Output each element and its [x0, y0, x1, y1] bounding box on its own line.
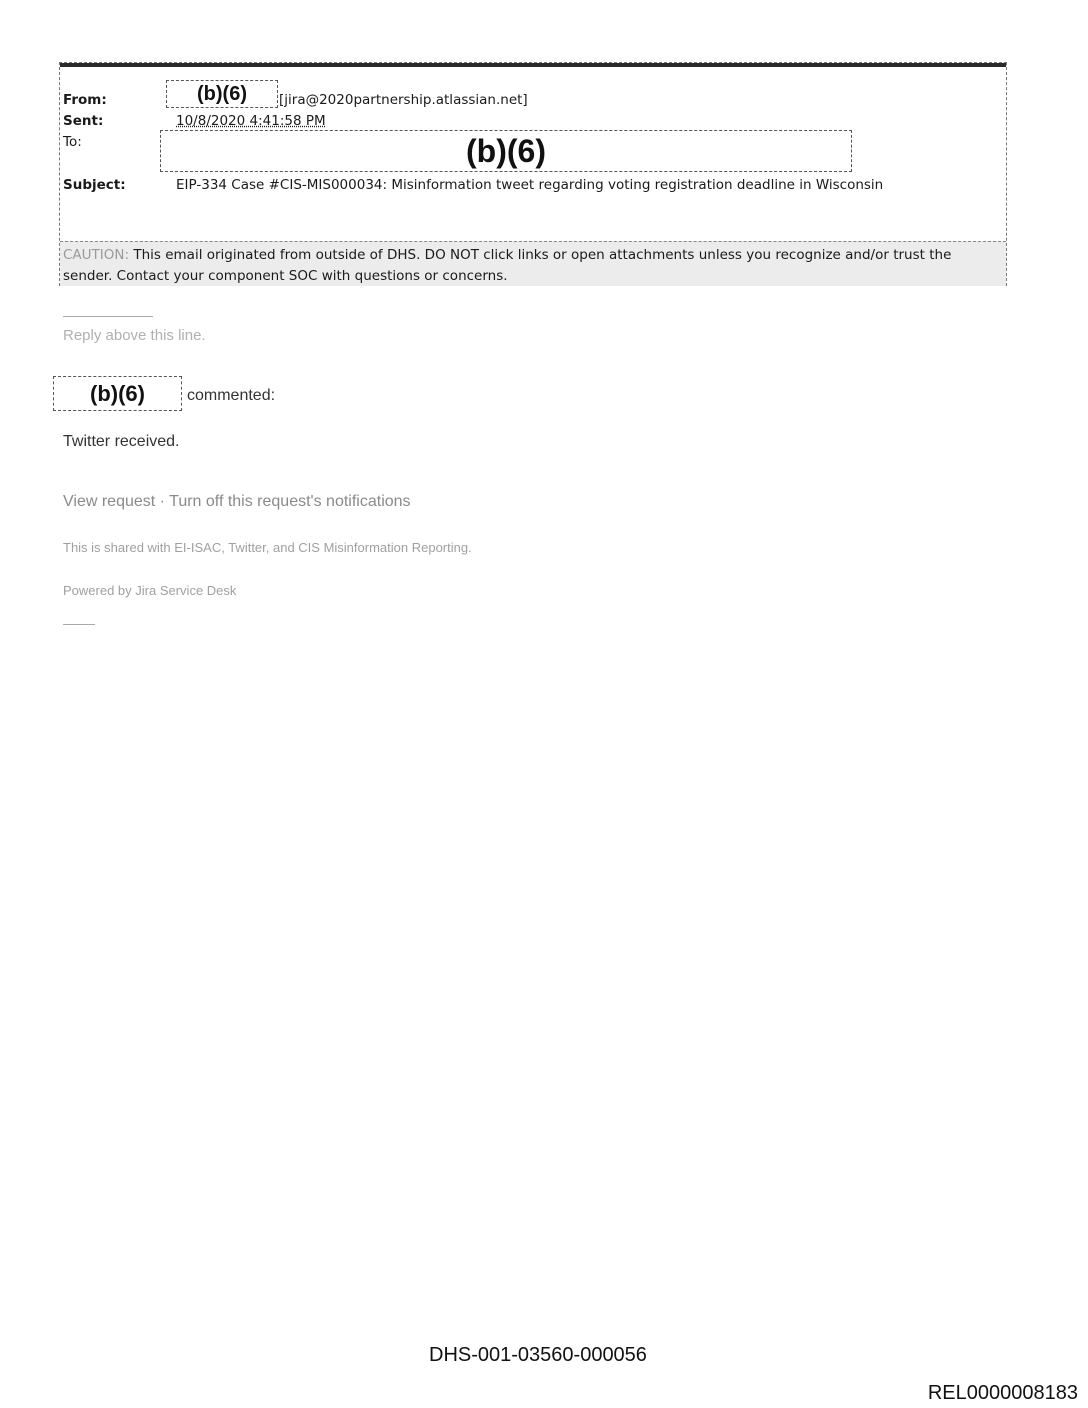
commented-label: commented: [187, 387, 275, 405]
to-label: To: [63, 134, 82, 150]
turn-off-notifications-link[interactable]: Turn off this request's notifications [169, 493, 410, 510]
email-header-box: From: (b)(6) [jira@2020partnership.atlas… [59, 62, 1007, 286]
to-redaction: (b)(6) [160, 130, 852, 172]
rel-number: REL0000008183 [928, 1382, 1078, 1405]
reply-marker: Reply above this line. [63, 327, 206, 344]
link-separator: · [155, 493, 169, 510]
from-redaction: (b)(6) [166, 80, 278, 108]
subject-value: EIP-334 Case #CIS-MIS000034: Misinformat… [176, 177, 883, 193]
header-top-bar [60, 63, 1006, 67]
sent-value: 10/8/2020 4:41:58 PM [176, 113, 326, 129]
bates-number: DHS-001-03560-000056 [429, 1344, 647, 1367]
caution-banner: CAUTION: This email originated from outs… [60, 241, 1006, 286]
sent-label: Sent: [63, 113, 103, 129]
from-address[interactable]: [jira@2020partnership.atlassian.net] [279, 92, 528, 108]
caution-label: CAUTION: [63, 247, 129, 263]
from-label: From: [63, 92, 107, 108]
commenter-redaction: (b)(6) [53, 376, 182, 411]
request-links: View request · Turn off this request's n… [63, 493, 411, 511]
powered-by: Powered by Jira Service Desk [63, 583, 236, 598]
reply-divider [63, 316, 153, 317]
comment-text: Twitter received. [63, 433, 179, 451]
shared-notice: This is shared with EI-ISAC, Twitter, an… [63, 540, 472, 555]
caution-text-line2: sender. Contact your component SOC with … [63, 268, 508, 284]
footer-divider [63, 624, 95, 625]
subject-label: Subject: [63, 177, 126, 193]
caution-text-line1: This email originated from outside of DH… [129, 247, 951, 263]
view-request-link[interactable]: View request [63, 493, 155, 510]
